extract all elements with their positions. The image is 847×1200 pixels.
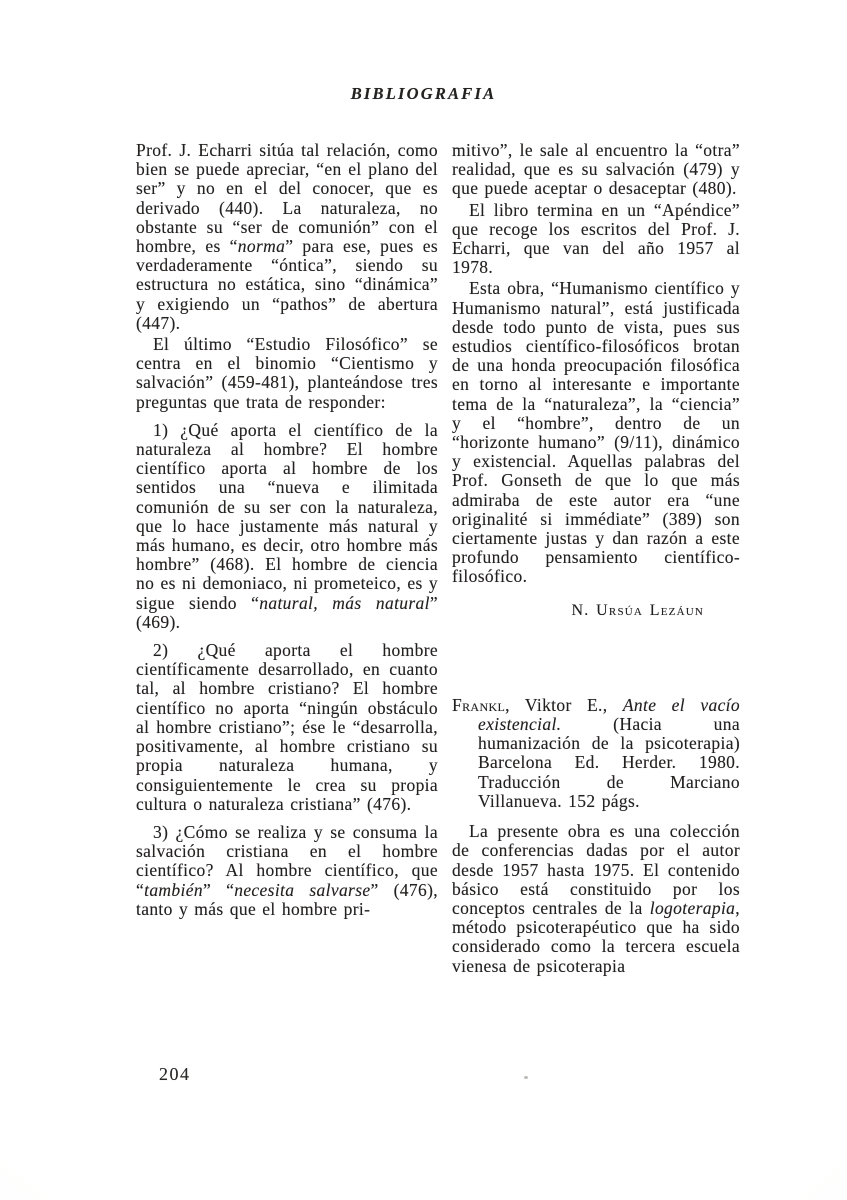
scan-speck [524,1076,528,1079]
page-header: BIBLIOGRAFIA [0,84,847,104]
paragraph: Esta obra, “Humanismo científico y Human… [452,279,740,586]
text-columns: Prof. J. Echarri sitúa tal relación, com… [136,141,740,976]
reviewer-signature: N. Ursúa Lezáun [452,601,740,620]
paragraph: La presente obra es una colección de con… [452,822,740,976]
question-paragraph: 2) ¿Qué aporta el hombre científicamente… [136,641,438,814]
question-paragraph: 1) ¿Qué aporta el científico de la natur… [136,421,438,632]
page-number: 204 [159,1064,191,1085]
paragraph: El último “Estudio Filosófico” se centra… [136,335,438,412]
paragraph: El libro termina en un “Apéndice” que re… [452,201,740,278]
right-column: mitivo”, le sale al encuentro la “otra” … [452,141,740,976]
bibliography-entry: Frankl, Viktor E., Ante el vacío existen… [452,696,740,811]
paragraph: mitivo”, le sale al encuentro la “otra” … [452,141,740,199]
left-column: Prof. J. Echarri sitúa tal relación, com… [136,141,438,976]
question-paragraph: 3) ¿Cómo se realiza y se consuma la salv… [136,823,438,919]
scanned-page: BIBLIOGRAFIA Prof. J. Echarri sitúa tal … [0,0,847,1200]
paragraph: Prof. J. Echarri sitúa tal relación, com… [136,141,438,333]
